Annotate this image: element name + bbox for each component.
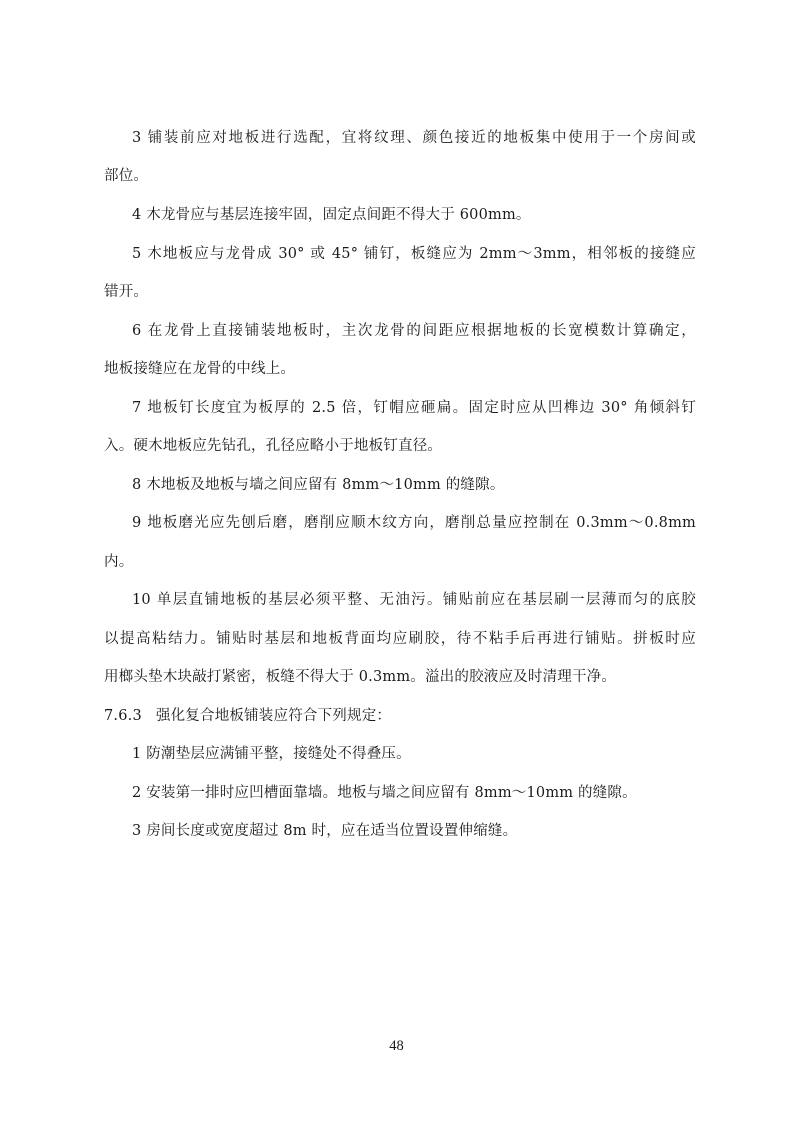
- document-page: 3 铺装前应对地板进行选配，宜将纹理、颜色接近的地板集中使用于一个房间或 部位。…: [0, 0, 793, 1122]
- paragraph-item-5-line-1: 5 木地板应与龙骨成 30° 或 45° 铺钉，板缝应为 2mm～3mm，相邻板…: [132, 244, 696, 264]
- paragraph-item-7-line-2: 入。硬木地板应先钻孔，孔径应略小于地板钉直径。: [104, 436, 442, 456]
- paragraph-item-3-line-2: 部位。: [104, 166, 148, 186]
- paragraph-item-10-line-2: 以提高粘结力。铺贴时基层和地板背面均应刷胶，待不粘手后再进行铺贴。拼板时应: [104, 629, 696, 649]
- paragraph-item-3-line-1: 3 铺装前应对地板进行选配，宜将纹理、颜色接近的地板集中使用于一个房间或: [132, 128, 696, 148]
- paragraph-item-10-line-3: 用榔头垫木块敲打紧密，板缝不得大于 0.3mm。溢出的胶液应及时清理干净。: [104, 667, 616, 687]
- paragraph-item-9-line-1: 9 地板磨光应先刨后磨，磨削应顺木纹方向，磨削总量应控制在 0.3mm～0.8m…: [132, 513, 696, 533]
- section-item-1: 1 防潮垫层应满铺平整，接缝处不得叠压。: [132, 744, 411, 764]
- paragraph-item-8-line-1: 8 木地板及地板与墙之间应留有 8mm～10mm 的缝隙。: [132, 475, 505, 495]
- paragraph-item-9-line-2: 内。: [104, 552, 133, 572]
- paragraph-item-5-line-2: 错开。: [104, 282, 148, 302]
- section-item-3: 3 房间长度或宽度超过 8m 时，应在适当位置设置伸缩缝。: [132, 821, 517, 841]
- page-number: 48: [0, 1036, 793, 1056]
- section-heading: 7.6.3强化复合地板铺装应符合下列规定：: [104, 706, 391, 726]
- paragraph-item-6-line-1: 6 在龙骨上直接铺装地板时，主次龙骨的间距应根据地板的长宽模数计算确定，: [132, 321, 696, 341]
- paragraph-item-7-line-1: 7 地板钉长度宜为板厚的 2.5 倍，钉帽应砸扁。固定时应从凹榫边 30° 角倾…: [132, 398, 696, 418]
- paragraph-item-10-line-1: 10 单层直铺地板的基层必须平整、无油污。铺贴前应在基层刷一层薄而匀的底胶: [132, 590, 696, 610]
- section-number: 7.6.3: [104, 708, 142, 724]
- section-item-2: 2 安装第一排时应凹槽面靠墙。地板与墙之间应留有 8mm～10mm 的缝隙。: [132, 783, 637, 803]
- paragraph-item-4-line-1: 4 木龙骨应与基层连接牢固，固定点间距不得大于 600mm。: [132, 205, 531, 225]
- section-title: 强化复合地板铺装应符合下列规定：: [156, 708, 391, 724]
- paragraph-item-6-line-2: 地板接缝应在龙骨的中线上。: [104, 359, 295, 379]
